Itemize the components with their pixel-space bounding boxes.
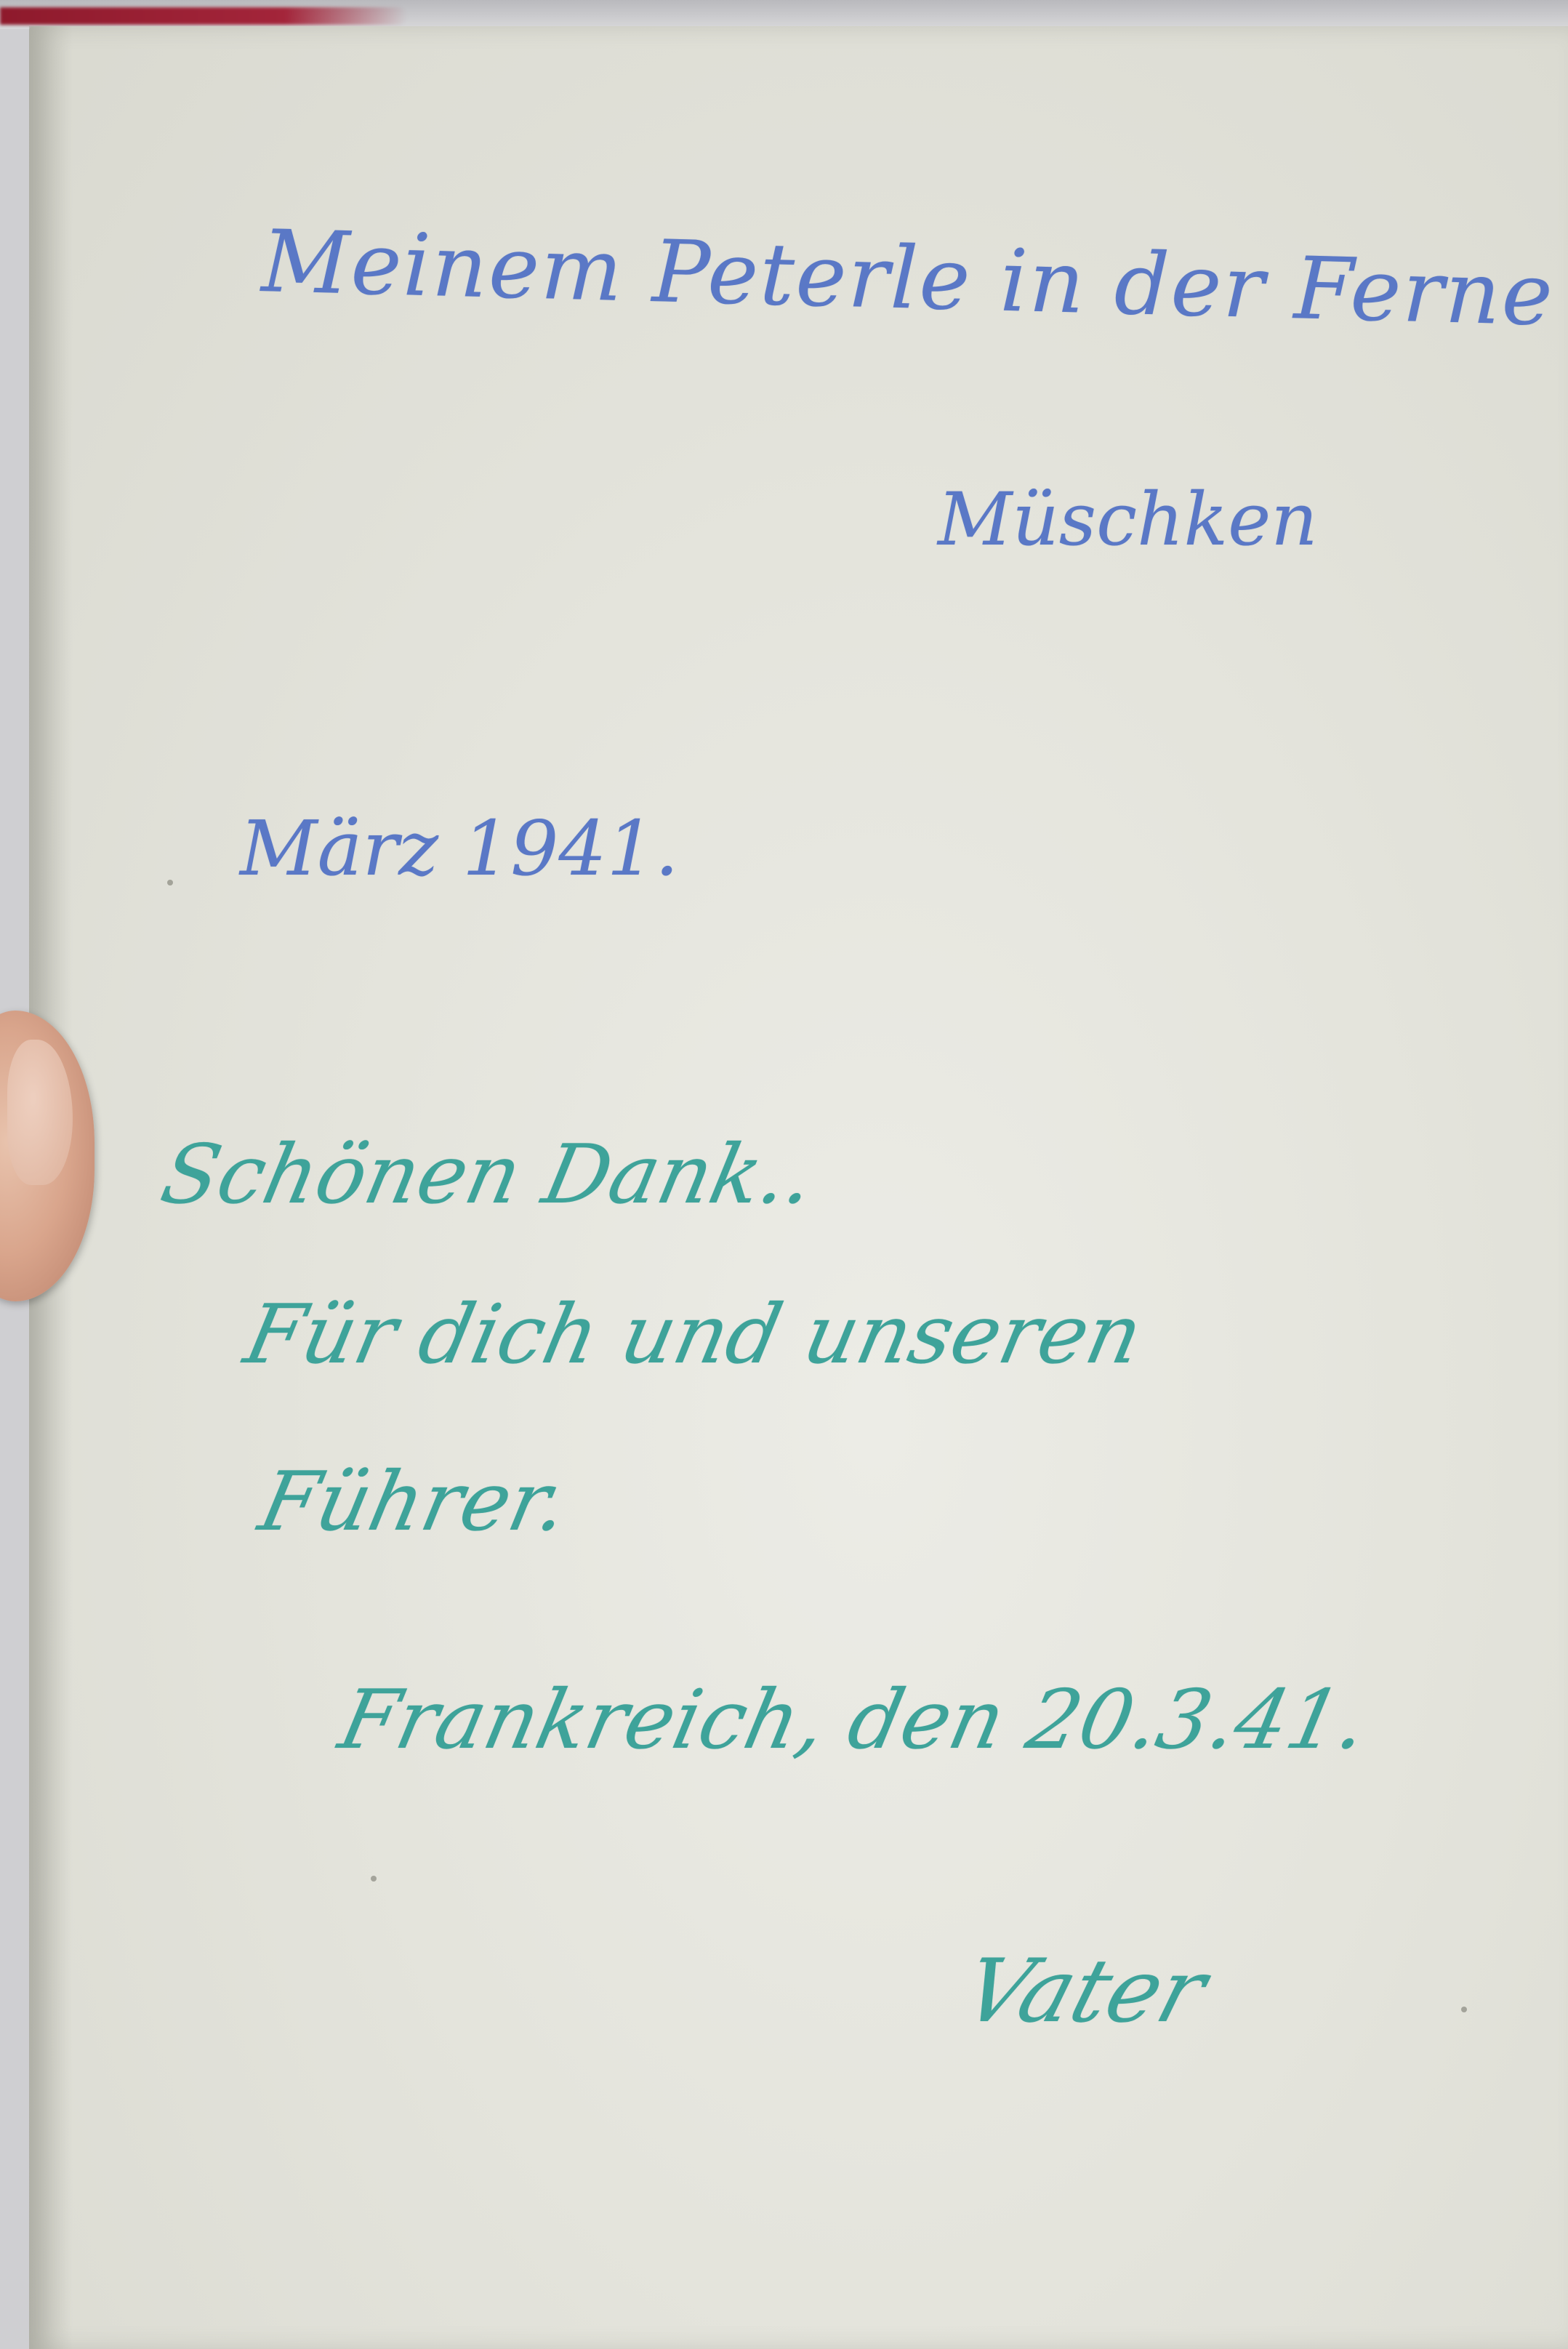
paper-speck [1461,2007,1467,2012]
reply-place-date: Frankreich, den 20.3.41. [333,1679,1374,1761]
dedication-signature: Müschken [938,483,1318,556]
paper-speck [167,880,173,886]
book-cover-edge [0,7,407,25]
paper-speck [371,1876,377,1882]
reply-line-3: Führer. [253,1461,574,1543]
reply-line-1: Schönen Dank.. [155,1134,821,1216]
reply-line-2: Für dich und unseren [238,1294,1149,1376]
dedication-date: März 1941. [240,811,679,886]
reply-signature: Vater [954,1948,1215,2036]
